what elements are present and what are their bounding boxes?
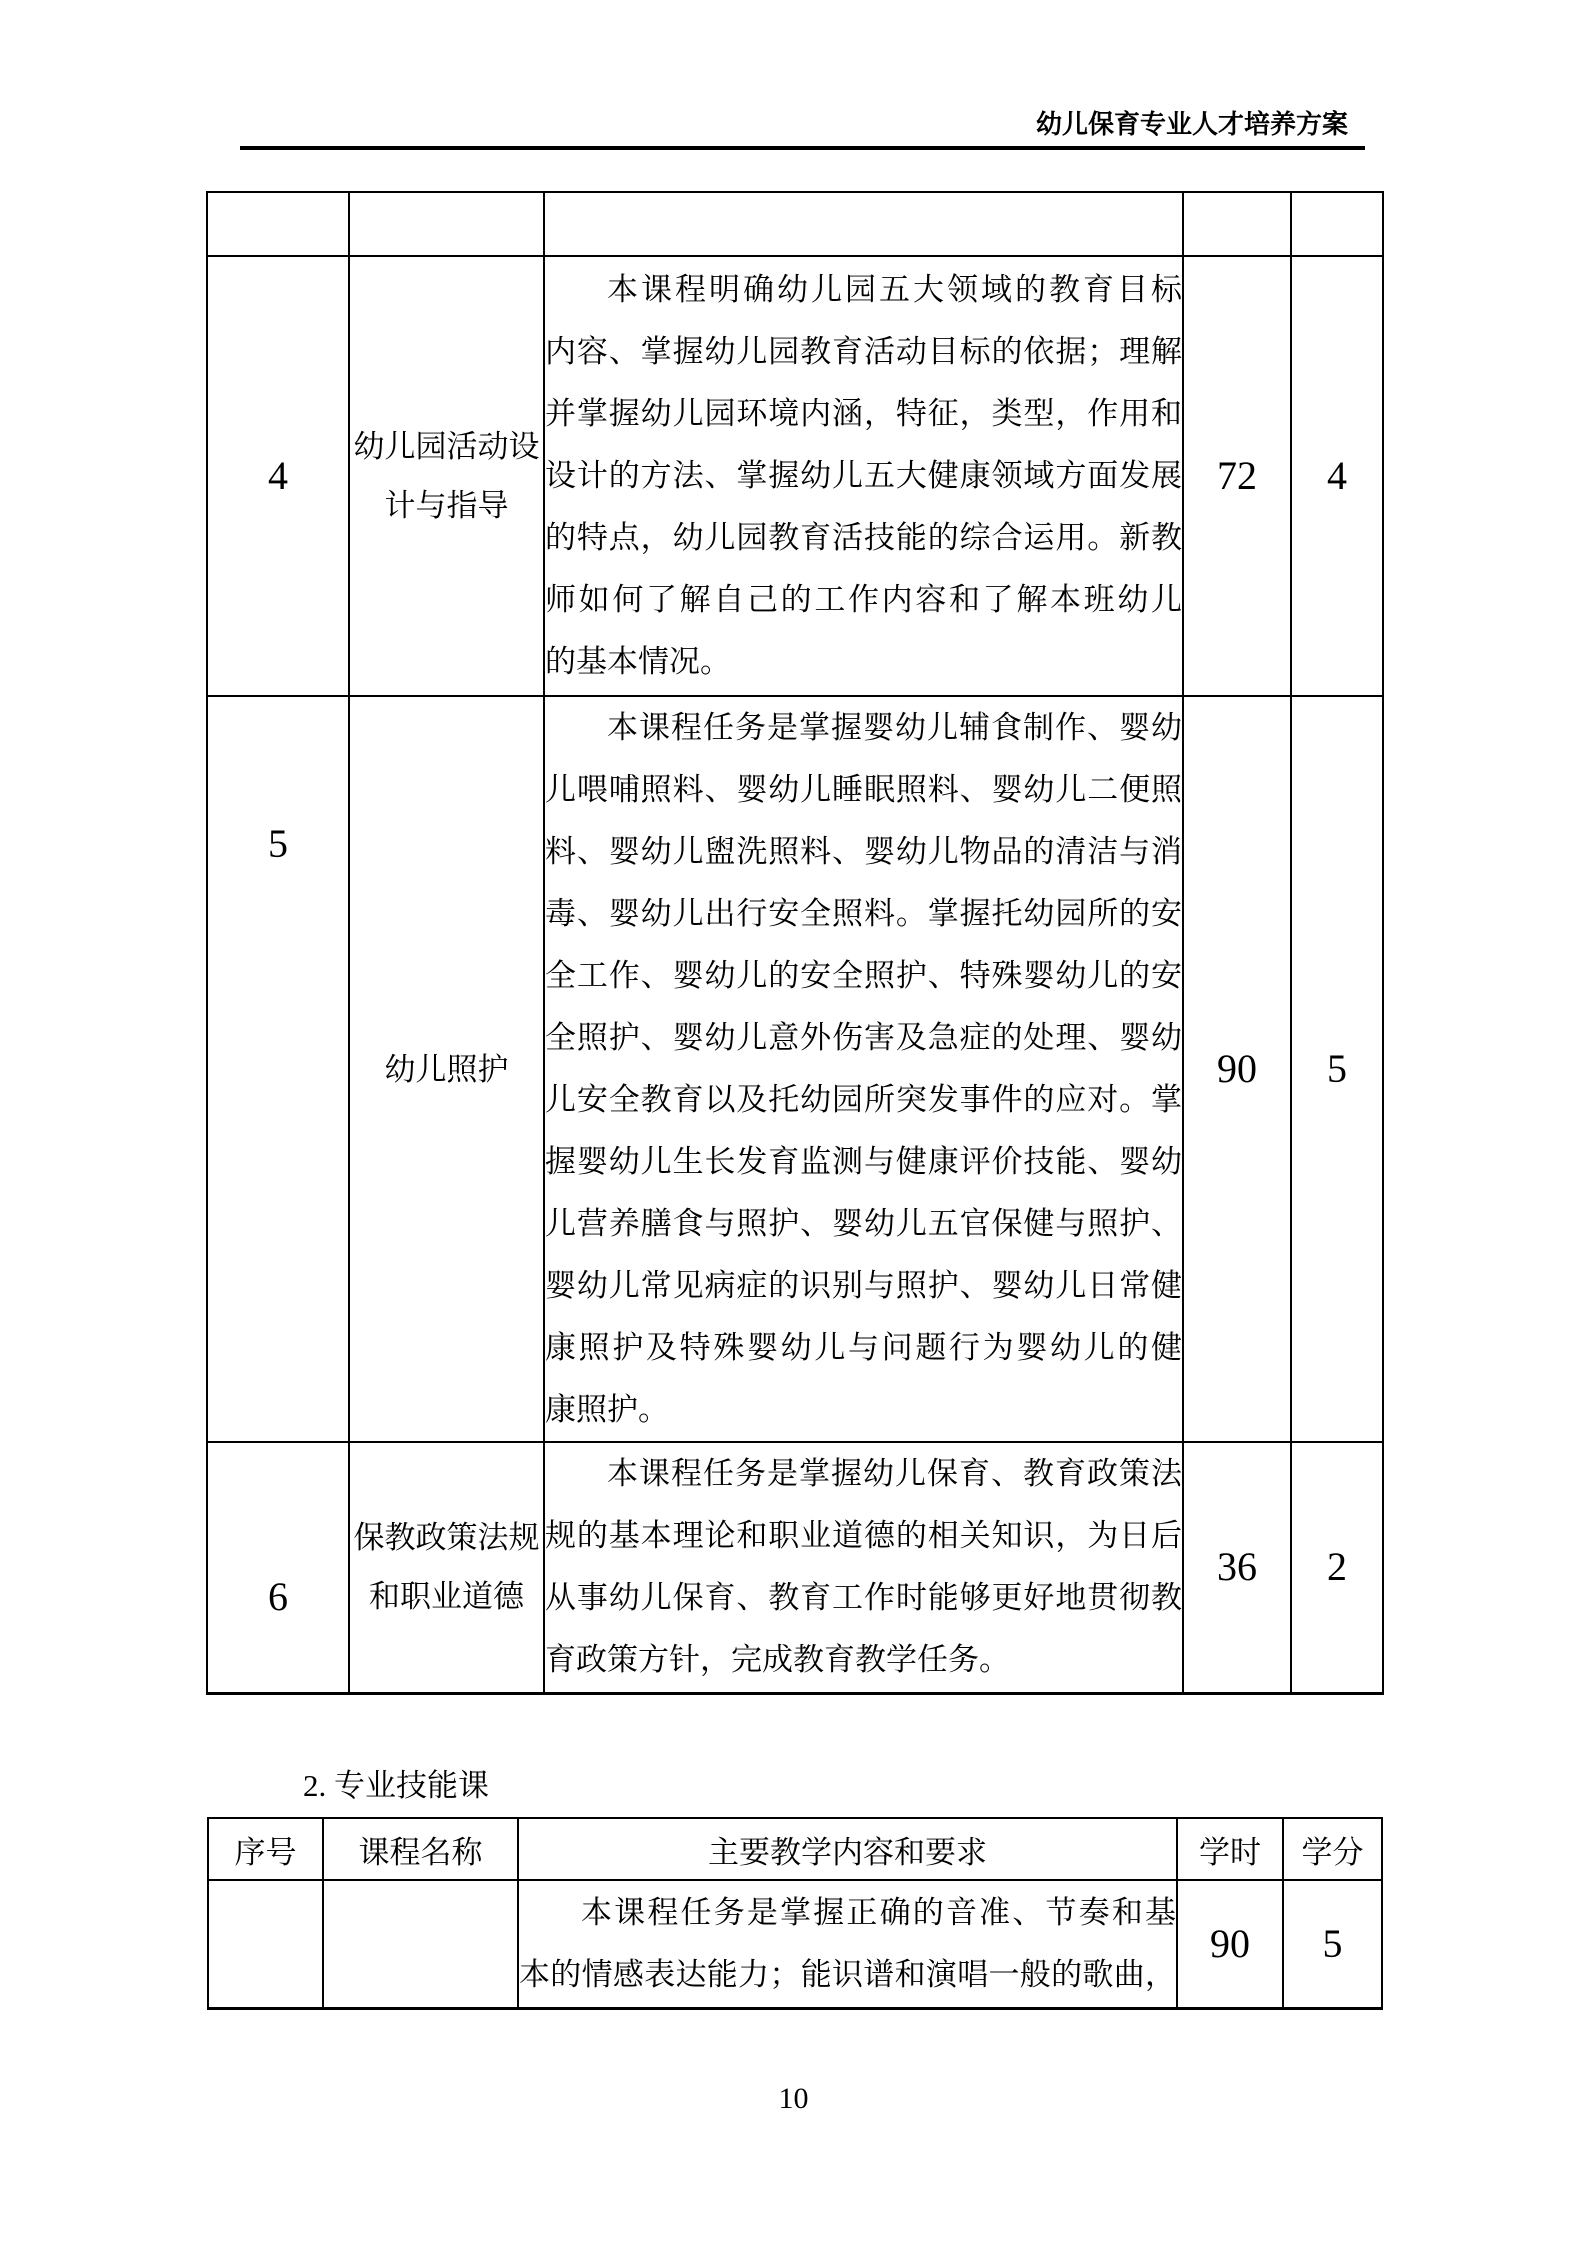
empty-cell xyxy=(207,192,349,256)
course-name-lines: 幼儿园活动设计与指导 xyxy=(350,417,543,535)
text-line: 设计的方法、掌握幼儿五大健康领域方面发展 xyxy=(545,445,1182,507)
credits-cell: 4 xyxy=(1291,256,1383,696)
document-page: 幼儿保育专业人才培养方案 4 幼儿园活动设计与指导 本课程明确幼儿园五大领域的教… xyxy=(0,0,1587,2245)
table-row-course-4: 4 幼儿园活动设计与指导 本课程明确幼儿园五大领域的教育目标内容、掌握幼儿园教育… xyxy=(207,256,1383,696)
text-line: 儿安全教育以及托幼园所突发事件的应对。掌 xyxy=(545,1069,1182,1131)
course-name-cell: 保教政策法规和职业道德 xyxy=(349,1442,544,1693)
seq-cell xyxy=(208,1880,323,2008)
course-name-cell xyxy=(323,1880,518,2008)
text-line: 本课程任务是掌握幼儿保育、教育政策法 xyxy=(545,1443,1182,1505)
course-content-cell: 本课程明确幼儿园五大领域的教育目标内容、掌握幼儿园教育活动目标的依据；理解并掌握… xyxy=(544,256,1183,696)
course-name-lines: 保教政策法规和职业道德 xyxy=(350,1508,543,1626)
course-name-cell: 幼儿照护 xyxy=(349,696,544,1442)
table-row-course-5: 5 幼儿照护 本课程任务是掌握婴幼儿辅食制作、婴幼儿喂哺照料、婴幼儿睡眠照料、婴… xyxy=(207,696,1383,1442)
credits-cell: 5 xyxy=(1283,1880,1382,2008)
text-line: 师如何了解自己的工作内容和了解本班幼儿 xyxy=(545,569,1182,631)
column-header-seq: 序号 xyxy=(208,1818,323,1880)
text-line: 育政策方针，完成教育教学任务。 xyxy=(545,1629,1182,1691)
skills-course-table: 序号 课程名称 主要教学内容和要求 学时 学分 本课程任务是掌握正确的音准、节奏… xyxy=(207,1817,1383,2010)
text-line: 内容、掌握幼儿园教育活动目标的依据；理解 xyxy=(545,321,1182,383)
text-line: 全工作、婴幼儿的安全照护、特殊婴幼儿的安 xyxy=(545,945,1182,1007)
text-line: 全照护、婴幼儿意外伤害及急症的处理、婴幼 xyxy=(545,1007,1182,1069)
course-content-cell: 本课程任务是掌握正确的音准、节奏和基本的情感表达能力；能识谱和演唱一般的歌曲， xyxy=(518,1880,1177,2008)
text-line: 保教政策法规 xyxy=(350,1508,543,1567)
text-line: 本课程明确幼儿园五大领域的教育目标 xyxy=(545,259,1182,321)
hours-cell: 36 xyxy=(1183,1442,1291,1693)
text-line: 幼儿照护 xyxy=(350,1040,543,1099)
page-number: 10 xyxy=(0,2084,1587,2114)
text-line: 康照护及特殊婴幼儿与问题行为婴幼儿的健 xyxy=(545,1317,1182,1379)
text-line: 本课程任务是掌握正确的音准、节奏和基 xyxy=(519,1882,1176,1944)
text-line: 握婴幼儿生长发育监测与健康评价技能、婴幼 xyxy=(545,1131,1182,1193)
header-rule xyxy=(240,146,1365,150)
text-line: 婴幼儿常见病症的识别与照护、婴幼儿日常健 xyxy=(545,1255,1182,1317)
table-row-skills-1: 本课程任务是掌握正确的音准、节奏和基本的情感表达能力；能识谱和演唱一般的歌曲， … xyxy=(208,1880,1382,2008)
seq-cell: 6 xyxy=(207,1442,349,1693)
text-line: 计与指导 xyxy=(350,476,543,535)
text-line: 本课程任务是掌握婴幼儿辅食制作、婴幼 xyxy=(545,697,1182,759)
column-header-content: 主要教学内容和要求 xyxy=(518,1818,1177,1880)
column-header-course-name: 课程名称 xyxy=(323,1818,518,1880)
course-content-cell: 本课程任务是掌握婴幼儿辅食制作、婴幼儿喂哺照料、婴幼儿睡眠照料、婴幼儿二便照料、… xyxy=(544,696,1183,1442)
page-header-title: 幼儿保育专业人才培养方案 xyxy=(1036,109,1348,141)
seq-cell: 4 xyxy=(207,256,349,696)
text-line: 并掌握幼儿园环境内涵，特征，类型，作用和 xyxy=(545,383,1182,445)
empty-cell xyxy=(1183,192,1291,256)
column-header-credits: 学分 xyxy=(1283,1818,1382,1880)
course-content-lines: 本课程任务是掌握幼儿保育、教育政策法规的基本理论和职业道德的相关知识，为日后从事… xyxy=(545,1443,1182,1691)
text-line: 的基本情况。 xyxy=(545,631,1182,693)
credits-cell: 5 xyxy=(1291,696,1383,1442)
document-body: { "header": { "title": "幼儿保育专业人才培养方案" },… xyxy=(0,0,1587,2245)
hours-cell: 90 xyxy=(1177,1880,1283,2008)
course-content-lines: 本课程任务是掌握正确的音准、节奏和基本的情感表达能力；能识谱和演唱一般的歌曲， xyxy=(519,1882,1176,2006)
table-row-course-6: 6 保教政策法规和职业道德 本课程任务是掌握幼儿保育、教育政策法规的基本理论和职… xyxy=(207,1442,1383,1693)
hours-cell: 72 xyxy=(1183,256,1291,696)
empty-cell xyxy=(544,192,1183,256)
text-line: 本的情感表达能力；能识谱和演唱一般的歌曲， xyxy=(519,1944,1176,2006)
credits-cell: 2 xyxy=(1291,1442,1383,1693)
text-line: 幼儿园活动设 xyxy=(350,417,543,476)
hours-cell: 90 xyxy=(1183,696,1291,1442)
empty-cell xyxy=(1291,192,1383,256)
text-line: 儿营养膳食与照护、婴幼儿五官保健与照护、 xyxy=(545,1193,1182,1255)
text-line: 的特点，幼儿园教育活技能的综合运用。新教 xyxy=(545,507,1182,569)
text-line: 康照护。 xyxy=(545,1379,1182,1441)
empty-cell xyxy=(349,192,544,256)
course-content-lines: 本课程明确幼儿园五大领域的教育目标内容、掌握幼儿园教育活动目标的依据；理解并掌握… xyxy=(545,259,1182,693)
text-line: 毒、婴幼儿出行安全照料。掌握托幼园所的安 xyxy=(545,883,1182,945)
text-line: 和职业道德 xyxy=(350,1567,543,1626)
course-name-cell: 幼儿园活动设计与指导 xyxy=(349,256,544,696)
seq-cell: 5 xyxy=(207,696,349,1442)
table-header-row: 序号 课程名称 主要教学内容和要求 学时 学分 xyxy=(208,1818,1382,1880)
course-name-lines: 幼儿照护 xyxy=(350,1040,543,1099)
course-content-cell: 本课程任务是掌握幼儿保育、教育政策法规的基本理论和职业道德的相关知识，为日后从事… xyxy=(544,1442,1183,1693)
text-line: 规的基本理论和职业道德的相关知识，为日后 xyxy=(545,1505,1182,1567)
text-line: 从事幼儿保育、教育工作时能够更好地贯彻教 xyxy=(545,1567,1182,1629)
text-line: 料、婴幼儿盥洗照料、婴幼儿物品的清洁与消 xyxy=(545,821,1182,883)
course-content-lines: 本课程任务是掌握婴幼儿辅食制作、婴幼儿喂哺照料、婴幼儿睡眠照料、婴幼儿二便照料、… xyxy=(545,697,1182,1441)
basic-course-table: 4 幼儿园活动设计与指导 本课程明确幼儿园五大领域的教育目标内容、掌握幼儿园教育… xyxy=(206,191,1384,1695)
table-row-continued xyxy=(207,192,1383,256)
column-header-hours: 学时 xyxy=(1177,1818,1283,1880)
section-heading: 2. 专业技能课 xyxy=(303,1769,489,1803)
text-line: 儿喂哺照料、婴幼儿睡眠照料、婴幼儿二便照 xyxy=(545,759,1182,821)
